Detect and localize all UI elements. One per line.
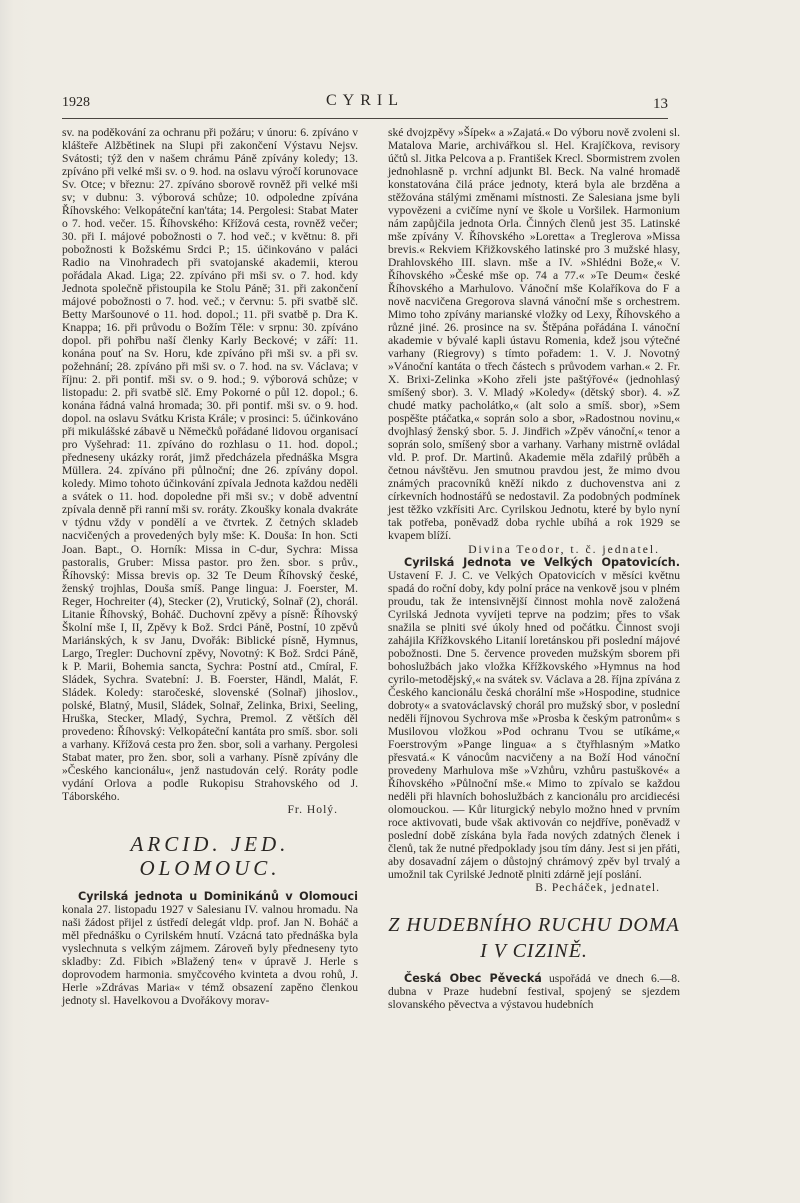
right-column: ské dvojzpěvy »Šípek« a »Zajatá.« Do výb… <box>388 126 680 1011</box>
page-number: 13 <box>653 96 668 113</box>
article-body-opatovice: Ustavení F. J. C. ve Velkých Opatovicích… <box>388 569 680 881</box>
dominikani-signature: Divina Teodor, t. č. jednatel. <box>388 543 680 556</box>
left-column: sv. na poděkování za ochranu při požáru;… <box>62 126 358 1007</box>
article-lead-opatovice: Cyrilská Jednota ve Velkých Opatovicích. <box>404 556 680 569</box>
article-opatovice: Cyrilská Jednota ve Velkých Opatovicích.… <box>388 556 680 881</box>
article-body-dominikani: konala 27. listopadu 1927 v Salesianu IV… <box>62 903 358 1007</box>
section-heading-hudebni-ruch: Z HUDEBNÍHO RUCHU DOMA I V CIZINĚ. <box>388 912 680 964</box>
report-continuation: sv. na poděkování za ochranu při požáru;… <box>62 126 358 803</box>
article-dominikani: Cyrilská jednota u Dominikánů v Olomouci… <box>62 890 358 1007</box>
dominikani-continuation: ské dvojzpěvy »Šípek« a »Zajatá.« Do výb… <box>388 126 680 543</box>
article-lead-obec: Česká Obec Pěvecká <box>404 972 542 985</box>
article-obec: Česká Obec Pěvecká uspořádá ve dnech 6.—… <box>388 972 680 1011</box>
journal-title: CYRIL <box>62 92 668 110</box>
report-signature: Fr. Holý. <box>62 803 358 816</box>
opatovice-signature: B. Pecháček, jednatel. <box>388 881 680 894</box>
page-header: 1928 CYRIL 13 <box>62 92 668 119</box>
section-heading-olomouc: ARCID. JED. OLOMOUC. <box>62 832 358 880</box>
article-lead-dominikani: Cyrilská jednota u Dominikánů v Olomouci <box>78 890 358 903</box>
magazine-page: 1928 CYRIL 13 sv. na poděkování za ochra… <box>0 0 800 1203</box>
